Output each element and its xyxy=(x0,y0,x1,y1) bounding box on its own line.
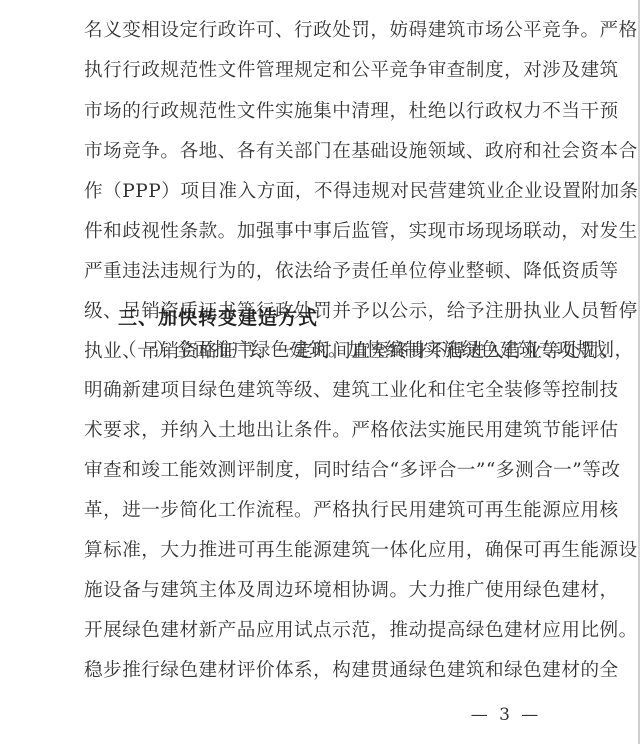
paragraph-line: （一）全面推广绿色建筑。加快编制实施绿色建筑专项规划， xyxy=(118,339,556,363)
paragraph-line: 执行行政规范性文件管理规定和公平竞争审查制度，对涉及建筑 xyxy=(84,59,556,83)
paragraph-line: 作（PPP）项目准入方面，不得违规对民营建筑业企业设置附加条 xyxy=(84,180,556,204)
paragraph-line: 市场竞争。各地、各有关部门在基础设施领域、政府和社会资本合 xyxy=(84,140,556,164)
paragraph-line: 算标准，大力推进可再生能源建筑一体化应用，确保可再生能源设 xyxy=(84,539,556,563)
paragraph-line: 施设备与建筑主体及周边环境相协调。大力推广使用绿色建材， xyxy=(84,579,556,603)
paragraph-line: 名义变相设定行政许可、行政处罚，妨碍建筑市场公平竞争。严格 xyxy=(84,19,556,43)
section-heading: 三、加快转变建造方式 xyxy=(118,306,556,330)
paragraph-line: 件和歧视性条款。加强事中事后监管，实现市场现场联动，对发生 xyxy=(84,220,556,244)
page-number: — 3 — xyxy=(466,705,546,725)
paragraph-line: 严重违法违规行为的，依法给予责任单位停业整顿、降低资质等 xyxy=(84,260,556,284)
paragraph-line: 革，进一步简化工作流程。严格执行民用建筑可再生能源应用核 xyxy=(84,499,556,523)
paragraph-line: 稳步推行绿色建材评价体系，构建贯通绿色建筑和绿色建材的全 xyxy=(84,659,556,683)
paragraph-line: 市场的行政规范性文件实施集中清理，杜绝以行政权力不当干预 xyxy=(84,100,556,124)
paragraph-line: 术要求，并纳入土地出让条件。严格依法实施民用建筑节能评估 xyxy=(84,419,556,443)
paragraph-line: 明确新建项目绿色建筑等级、建筑工业化和住宅全装修等控制技 xyxy=(84,379,556,403)
paragraph-line: 开展绿色建材新产品应用试点示范，推动提高绿色建材应用比例。 xyxy=(84,619,556,643)
paragraph-line: 审查和竣工能效测评制度，同时结合“多评合一”“多测合一”等改 xyxy=(84,459,556,483)
